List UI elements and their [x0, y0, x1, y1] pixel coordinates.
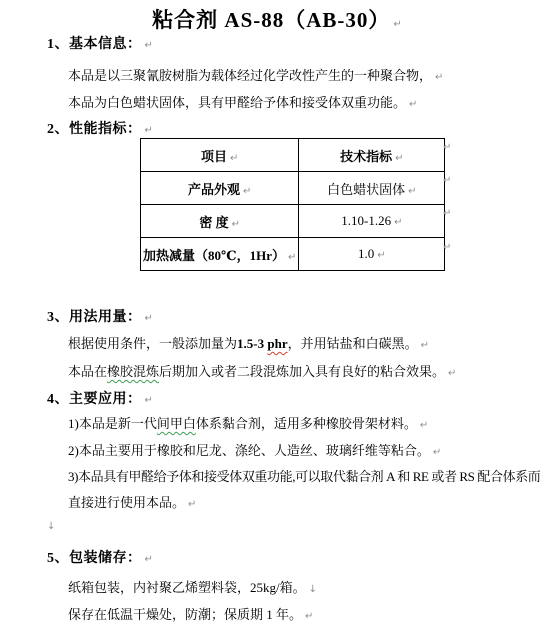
- paragraph-text: 纸箱包装，内衬聚乙烯塑料袋，25kg/箱。: [68, 580, 306, 595]
- phr-misspelled-word: phr: [267, 336, 287, 351]
- spec-table-header-item: 项目↵: [141, 139, 299, 172]
- section-4-heading: 4、主要应用：↵: [47, 388, 153, 408]
- paragraph-text: 保存在低温干燥处，防潮；保质期 1 年。: [68, 607, 302, 622]
- row-end-mark: ↵: [443, 208, 451, 219]
- spec-table-header-row: 项目↵ 技术指标↵: [141, 139, 445, 172]
- section-3-heading: 3、用法用量：↵: [47, 306, 153, 326]
- paragraph-text: 1)本品是新一代: [68, 416, 157, 431]
- paragraph-mark: ↵: [448, 368, 456, 379]
- paragraph-mark: ↵: [421, 340, 429, 351]
- spec-table: 项目↵ 技术指标↵ 产品外观↵ 白色蜡状固体↵ 密 度↵ 1.10-1.26↵ …: [140, 138, 445, 271]
- table-row: 密 度↵ 1.10-1.26↵: [141, 205, 445, 238]
- cell-text: 密 度: [199, 215, 228, 230]
- paragraph-text: ，并用钴盐和白碳黑。: [288, 336, 418, 351]
- section-1-paragraph-1: 本品是以三聚氰胺树脂为载体经过化学改性产生的一种聚合物，↵: [68, 65, 443, 84]
- section-4-heading-text: 4、主要应用：: [47, 392, 142, 407]
- cell-mark: ↵: [377, 250, 385, 261]
- cell-mark: ↵: [408, 186, 416, 197]
- table-row: 加热减量（80℃，1Hr）↵ 1.0↵: [141, 238, 445, 271]
- section-3-paragraph-1: 根据使用条件，一般添加量为1.5-3 phr，并用钴盐和白碳黑。↵: [68, 333, 429, 352]
- document-page: 粘合剂 AS-88（AB-30）↵ 1、基本信息：↵ 本品是以三聚氰胺树脂为载体…: [0, 0, 554, 630]
- paragraph-mark: ↵: [145, 395, 153, 406]
- cell-mark: ↵: [232, 219, 240, 230]
- section-1-paragraph-2: 本品为白色蜡状固体，具有甲醛给予体和接受体双重功能。↵: [68, 92, 417, 111]
- line-break-mark: ↓: [47, 521, 55, 532]
- row-density-name: 密 度↵: [141, 205, 299, 238]
- section-5-paragraph-2: 保存在低温干燥处，防潮；保质期 1 年。↵: [68, 604, 313, 623]
- row-appearance-name: 产品外观↵: [141, 172, 299, 205]
- paragraph-mark: ↵: [409, 99, 417, 110]
- cell-text: 1.0: [358, 246, 374, 261]
- header-cell-text: 项目: [201, 149, 227, 164]
- section-1-heading-text: 1、基本信息：: [47, 37, 142, 52]
- paragraph-text: 2)本品主要用于橡胶和尼龙、涤纶、人造丝、玻璃纤维等粘合。: [68, 443, 430, 458]
- paragraph-text: 本品为白色蜡状固体，具有甲醛给予体和接受体双重功能。: [68, 95, 406, 110]
- section-1-heading: 1、基本信息：↵: [47, 33, 153, 53]
- paragraph-mark: ↵: [305, 611, 313, 622]
- paragraph-text: 根据使用条件，一般添加量为: [68, 336, 237, 351]
- paragraph-mark: ↵: [145, 554, 153, 565]
- paragraph-text: 3)本品具有甲醛给予体和接受体双重功能,可以取代黏合剂 A 和 RE 或者 RS…: [68, 469, 540, 484]
- section-2-heading: 2、性能指标：↵: [47, 118, 153, 138]
- paragraph-mark: ↵: [145, 40, 153, 51]
- paragraph-text: 体系黏合剂，适用多种橡胶骨架材料。: [196, 416, 417, 431]
- line-break-mark: ↓: [309, 584, 317, 595]
- cell-text: 加热减量（80℃，1Hr）: [143, 248, 285, 263]
- cell-text: 白色蜡状固体: [327, 182, 405, 197]
- section-5-heading-text: 5、包装储存：: [47, 551, 142, 566]
- cell-text: 1.10-1.26: [341, 213, 391, 228]
- paragraph-mark: ↵: [433, 447, 441, 458]
- dosage-value: 1.5-3: [237, 336, 267, 351]
- cell-mark: ↵: [230, 153, 238, 164]
- paragraph-text: 本品在: [68, 364, 107, 379]
- paragraph-text: 直接进行使用本品。: [68, 495, 185, 510]
- cell-text: 产品外观: [188, 182, 240, 197]
- paragraph-mark: ↵: [145, 313, 153, 324]
- section-2-heading-text: 2、性能指标：: [47, 122, 142, 137]
- section-3-heading-text: 3、用法用量：: [47, 310, 142, 325]
- title-text: 粘合剂 AS-88（AB-30）: [152, 8, 390, 32]
- cell-mark: ↵: [394, 217, 402, 228]
- row-end-mark: ↵: [443, 175, 451, 186]
- paragraph-mark: ↵: [420, 420, 428, 431]
- paragraph-mark: ↵: [435, 72, 443, 83]
- cell-mark: ↵: [243, 186, 251, 197]
- section-4-item-2: 2)本品主要用于橡胶和尼龙、涤纶、人造丝、玻璃纤维等粘合。↵: [68, 440, 441, 459]
- section-5-paragraph-1: 纸箱包装，内衬聚乙烯塑料袋，25kg/箱。↓: [68, 577, 317, 596]
- paragraph-text: 本品是以三聚氰胺树脂为载体经过化学改性产生的一种聚合物，: [68, 68, 432, 83]
- row-end-mark: ↵: [443, 242, 451, 253]
- document-title: 粘合剂 AS-88（AB-30）↵: [0, 4, 554, 34]
- cell-mark: ↵: [288, 252, 296, 263]
- row-end-mark: ↵: [443, 142, 451, 153]
- row-heating-loss-value: 1.0↵: [299, 238, 445, 271]
- paragraph-mark: ↵: [145, 125, 153, 136]
- paragraph-mark: ↵: [188, 499, 196, 510]
- grammar-marked-word: 间甲白: [157, 416, 196, 431]
- grammar-marked-word: 橡胶混炼: [107, 364, 159, 379]
- row-appearance-value: 白色蜡状固体↵: [299, 172, 445, 205]
- row-heating-loss-name: 加热减量（80℃，1Hr）↵: [141, 238, 299, 271]
- paragraph-text: 后期加入或者二段混炼加入具有良好的粘合效果。: [159, 364, 445, 379]
- row-density-value: 1.10-1.26↵: [299, 205, 445, 238]
- table-row: 产品外观↵ 白色蜡状固体↵: [141, 172, 445, 205]
- section-4-item-3-continued: 直接进行使用本品。↵: [68, 492, 196, 511]
- section-4-item-3: 3)本品具有甲醛给予体和接受体双重功能,可以取代黏合剂 A 和 RE 或者 RS…: [68, 466, 540, 485]
- spec-table-header-spec: 技术指标↵: [299, 139, 445, 172]
- paragraph-mark: ↵: [393, 19, 401, 30]
- section-3-paragraph-2: 本品在橡胶混炼后期加入或者二段混炼加入具有良好的粘合效果。↵: [68, 361, 456, 380]
- section-4-item-1: 1)本品是新一代间甲白体系黏合剂，适用多种橡胶骨架材料。↵: [68, 413, 428, 432]
- header-cell-text: 技术指标: [340, 149, 392, 164]
- section-5-heading: 5、包装储存：↵: [47, 547, 153, 567]
- cell-mark: ↵: [395, 153, 403, 164]
